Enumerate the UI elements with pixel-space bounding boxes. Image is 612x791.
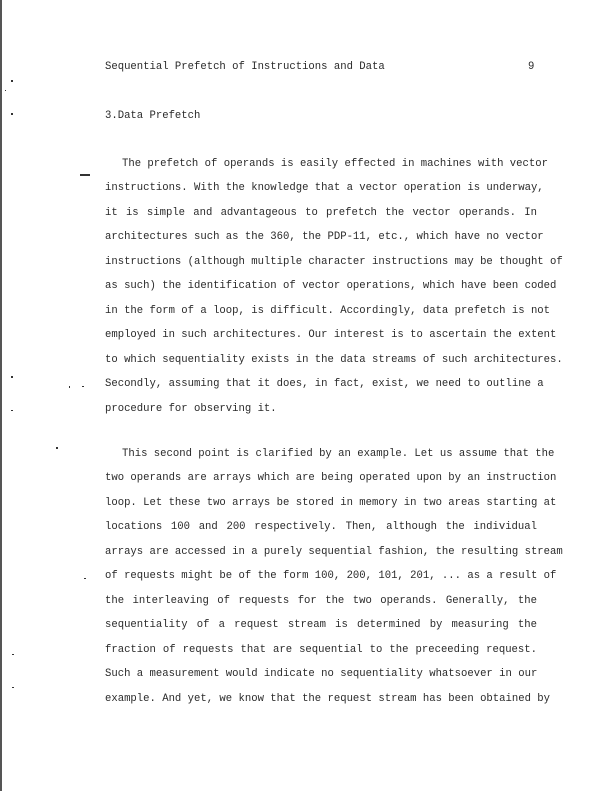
text-line: in the form of a loop, is difficult. Acc…	[105, 305, 537, 317]
scan-speck	[56, 447, 58, 449]
scan-speck	[80, 174, 90, 176]
scan-speck	[5, 90, 6, 91]
text-line: procedure for observing it.	[105, 403, 537, 415]
scan-speck	[11, 113, 13, 115]
text-line: This second point is clarified by an exa…	[122, 448, 537, 460]
text-line: to which sequentiality exists in the dat…	[105, 354, 537, 366]
scan-speck	[69, 386, 70, 388]
scan-speck	[11, 410, 13, 411]
text-line: example. And yet, we know that the reque…	[105, 693, 537, 705]
text-line: architectures such as the 360, the PDP-1…	[105, 231, 537, 243]
scan-speck	[11, 376, 13, 378]
text-line: instructions. With the knowledge that a …	[105, 182, 537, 194]
text-line: instructions (although multiple characte…	[105, 256, 537, 268]
text-line: of requests might be of the form 100, 20…	[105, 570, 537, 582]
running-header-title: Sequential Prefetch of Instructions and …	[105, 61, 385, 73]
section-heading: 3.Data Prefetch	[105, 110, 200, 122]
text-line: the interleaving of requests for the two…	[105, 595, 537, 607]
scan-speck	[84, 578, 86, 579]
scan-speck	[11, 80, 13, 82]
text-line: as such) the identification of vector op…	[105, 280, 537, 292]
text-line: locations 100 and 200 respectively. Then…	[105, 521, 537, 533]
scan-speck	[12, 687, 14, 688]
text-line: Such a measurement would indicate no seq…	[105, 668, 537, 680]
text-line: loop. Let these two arrays be stored in …	[105, 497, 537, 509]
text-line: sequentiality of a request stream is det…	[105, 619, 537, 631]
text-line: Secondly, assuming that it does, in fact…	[105, 378, 537, 390]
text-line: The prefetch of operands is easily effec…	[122, 158, 537, 170]
page-number: 9	[528, 61, 534, 73]
text-line: arrays are accessed in a purely sequenti…	[105, 546, 537, 558]
text-line: two operands are arrays which are being …	[105, 472, 537, 484]
text-line: it is simple and advantageous to prefetc…	[105, 207, 537, 219]
scan-speck	[82, 386, 84, 387]
text-line: employed in such architectures. Our inte…	[105, 329, 537, 341]
text-line: fraction of requests that are sequential…	[105, 644, 537, 656]
scan-left-border	[0, 0, 2, 791]
scan-speck	[12, 654, 14, 655]
